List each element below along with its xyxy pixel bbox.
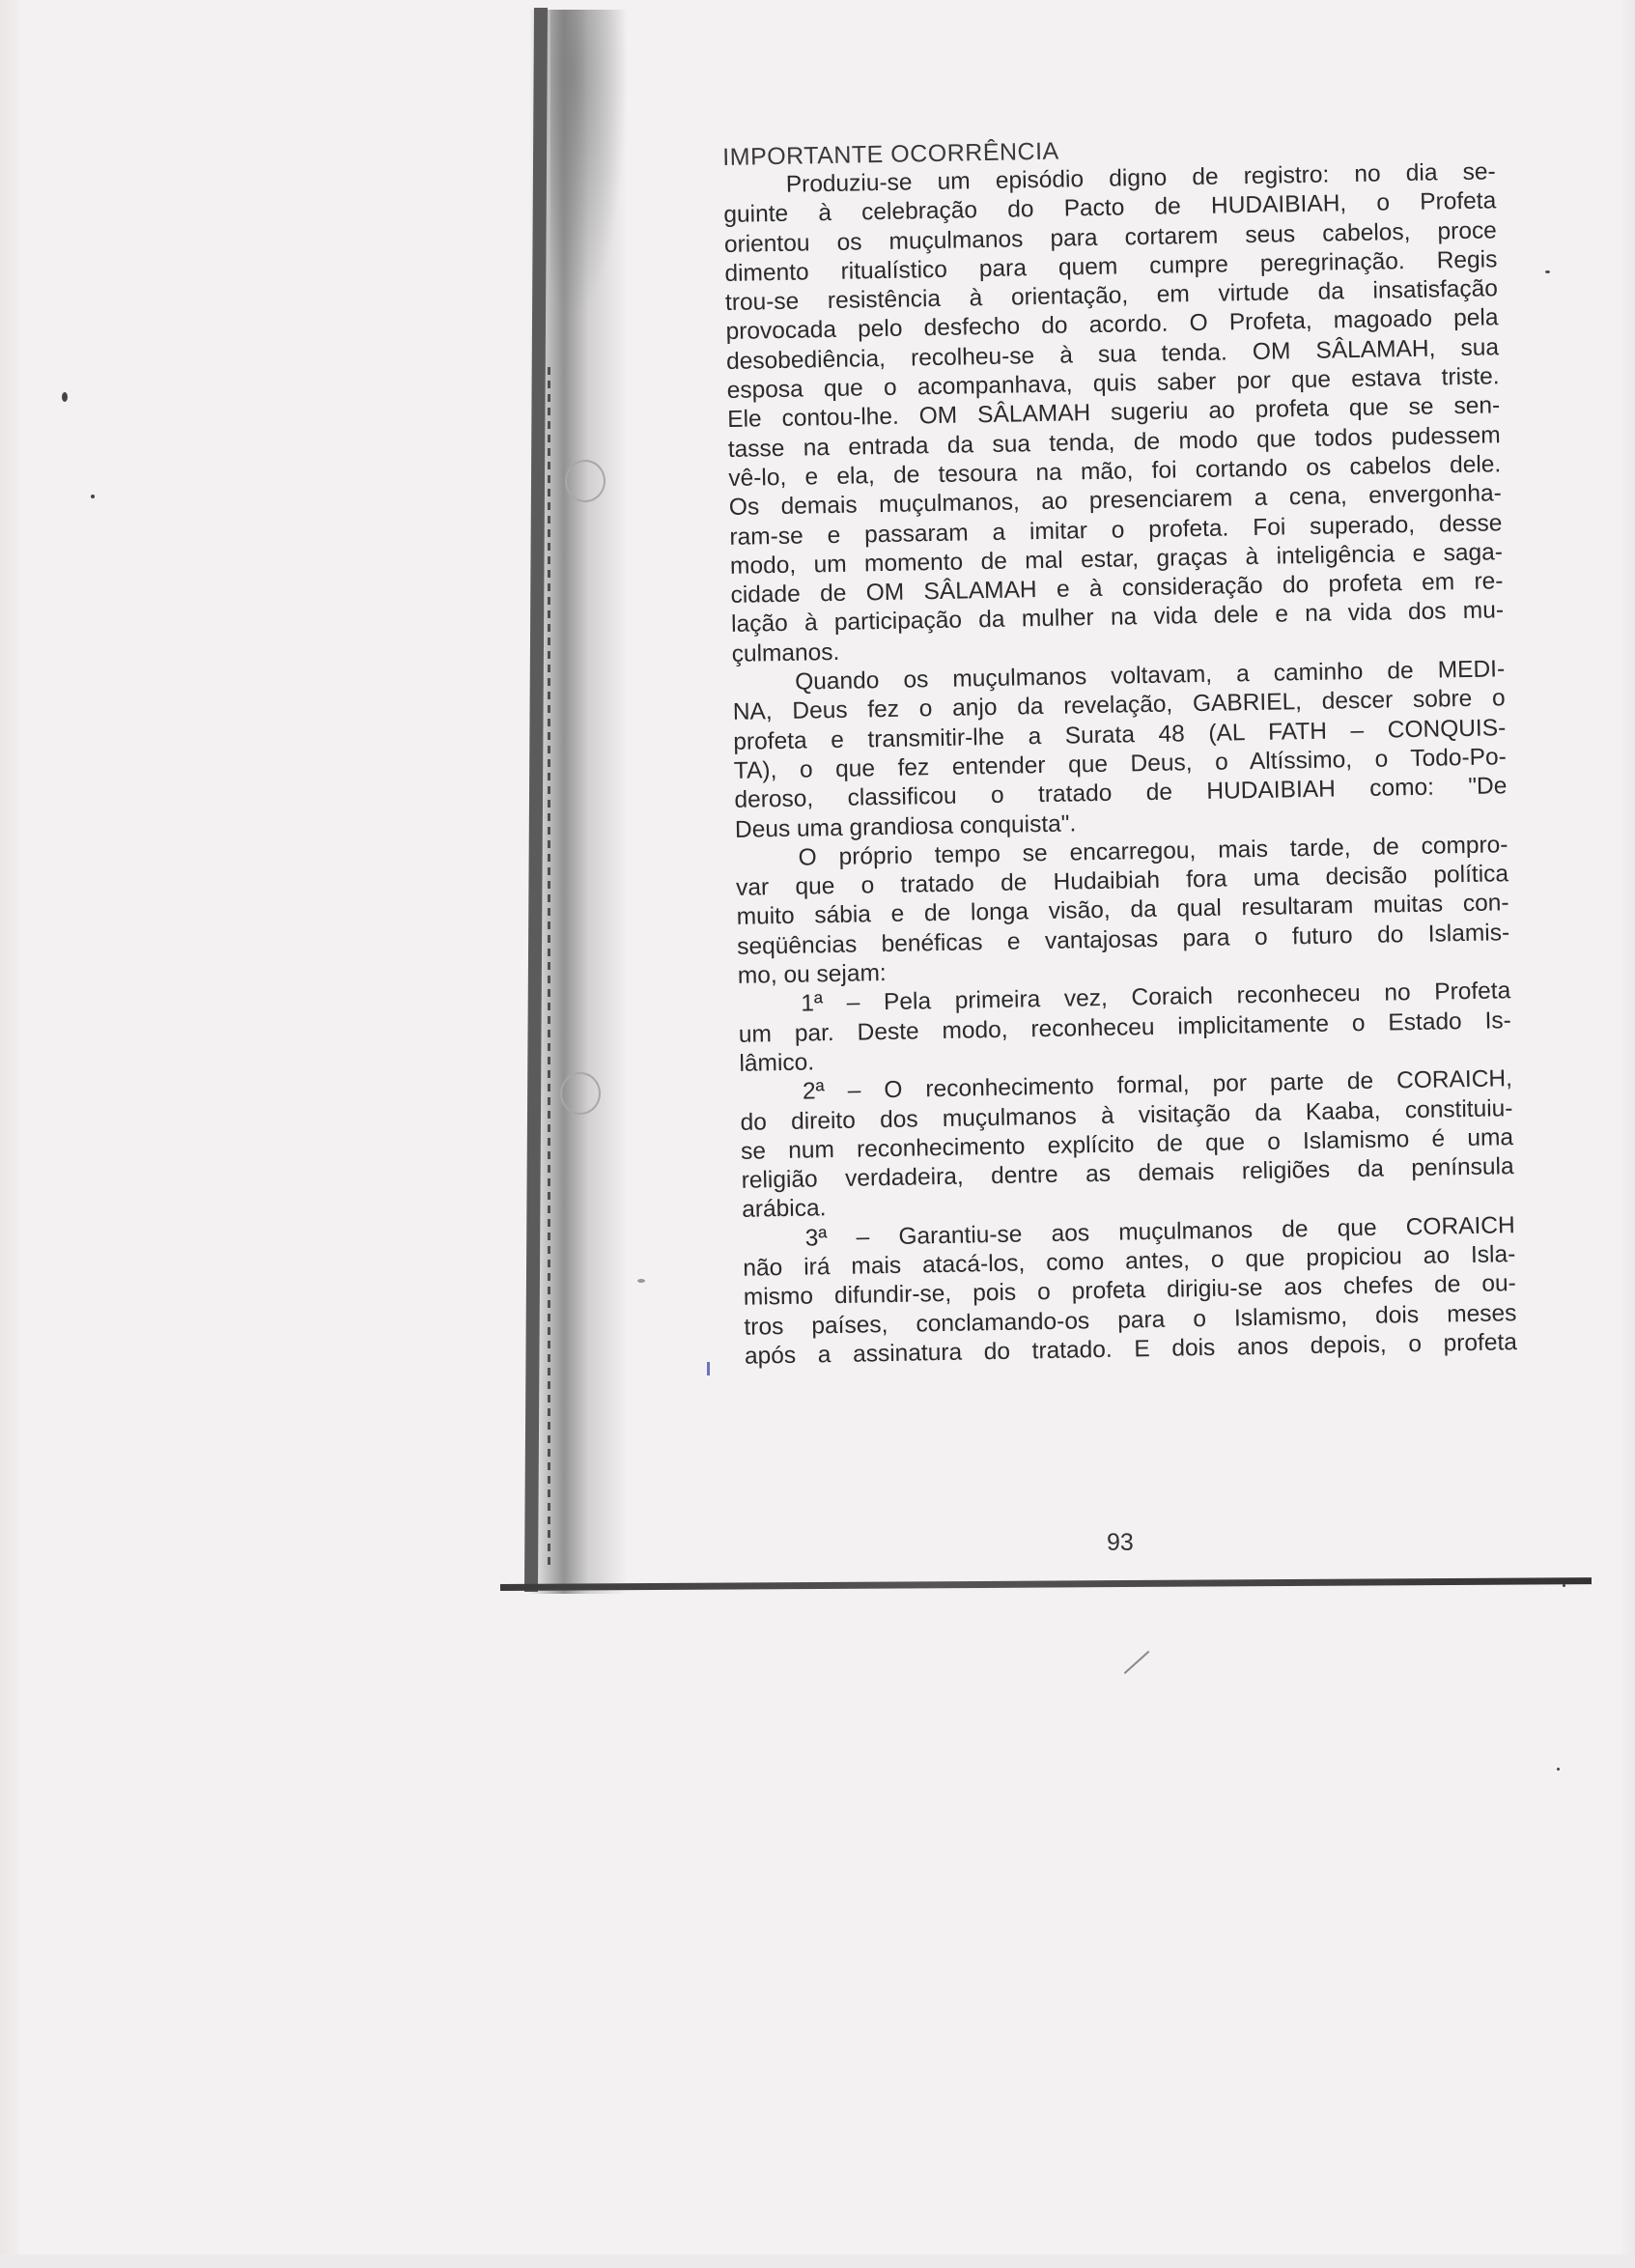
scan-speck	[1557, 1768, 1560, 1771]
scan-speck	[1563, 1584, 1565, 1587]
scan-speck	[1545, 270, 1550, 273]
scan-border-left	[0, 0, 21, 2268]
page-number: 93	[1107, 1529, 1134, 1557]
pen-stroke-mark	[1124, 1651, 1150, 1674]
binding-dotted-edge	[548, 367, 550, 1570]
scan-speck	[62, 392, 68, 402]
toner-speckle	[550, 10, 628, 319]
ink-mark	[707, 1362, 710, 1375]
scan-border-right	[1620, 0, 1635, 2268]
punch-hole-icon	[560, 1072, 601, 1115]
scan-border-bottom	[0, 2254, 1635, 2268]
scan-speck	[637, 1279, 645, 1283]
scan-speck	[91, 495, 95, 498]
paragraph-lines: Produziu-se um episódio digno de registr…	[723, 157, 1537, 1372]
page-bottom-edge	[500, 1577, 1592, 1591]
punch-hole-icon	[565, 460, 606, 502]
page-body: IMPORTANTE OCORRÊNCIA Produziu-se um epi…	[722, 128, 1536, 1372]
